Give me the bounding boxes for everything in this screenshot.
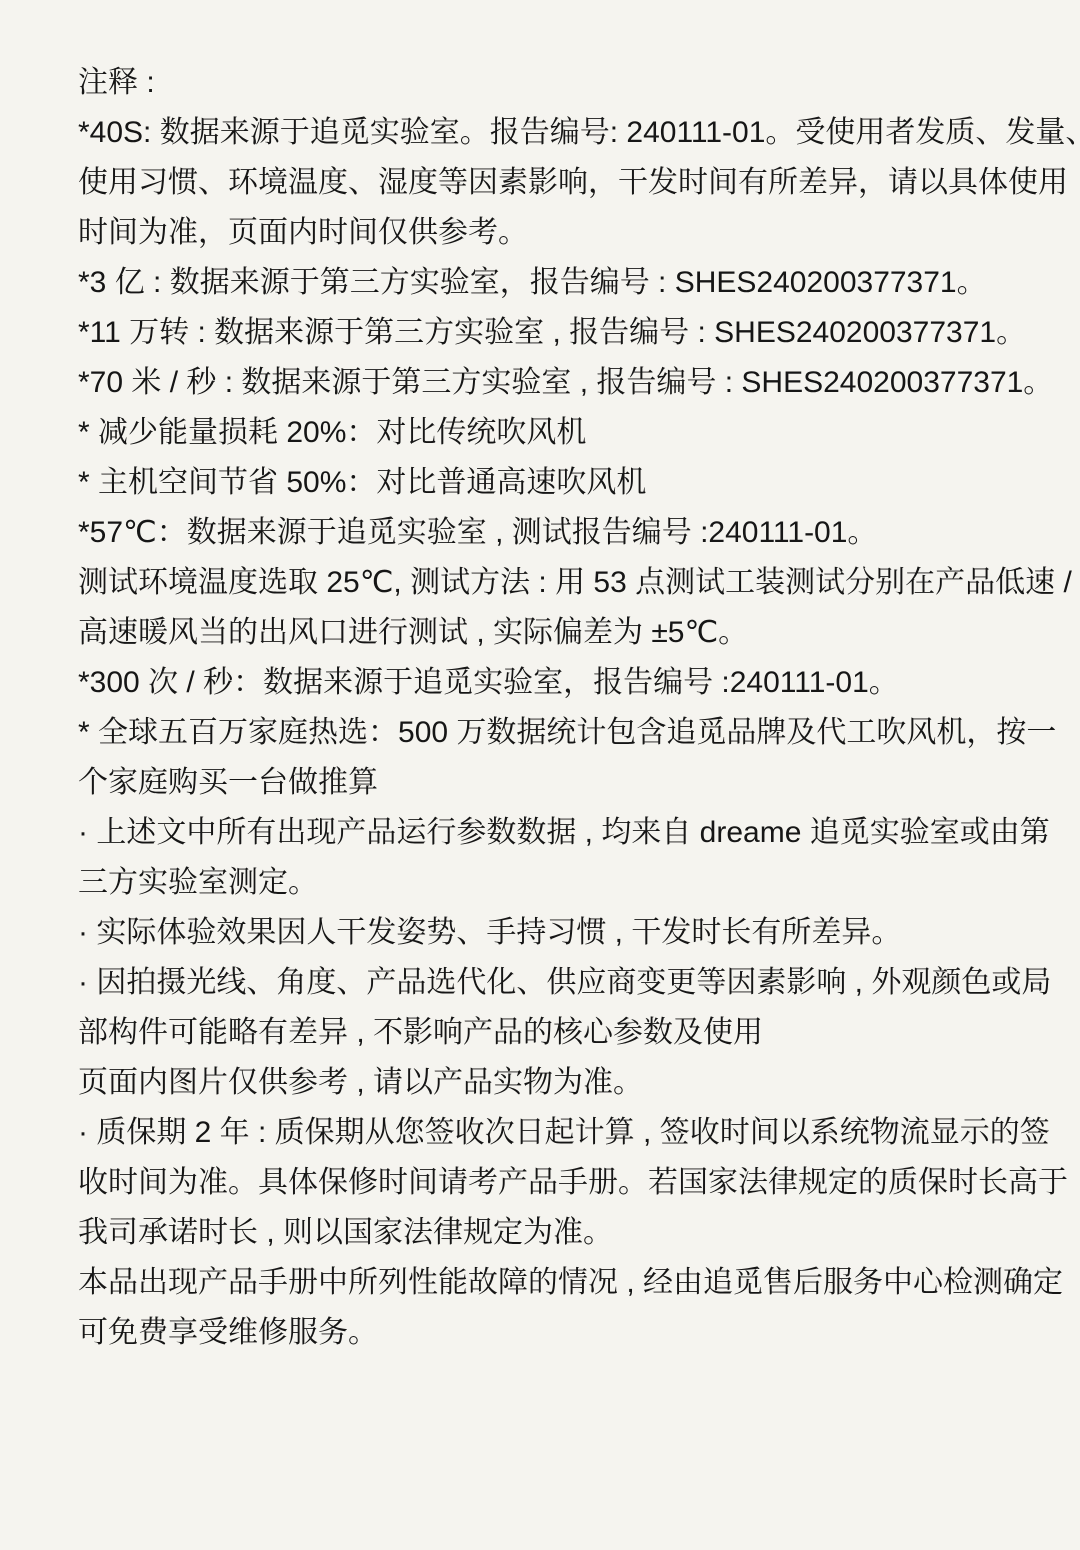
text-line: 可免费享受维修服务。 (78, 1308, 1024, 1358)
text-line: 测试环境温度选取 25℃, 测试方法 : 用 53 点测试工装测试分别在产品低速… (78, 558, 1024, 608)
notes-title: 注释 : (78, 58, 1024, 108)
text-line: 本品出现产品手册中所列性能故障的情况 , 经由追觅售后服务中心检测确定 (78, 1258, 1024, 1308)
product-notes-section: 注释 : *40S: 数据来源于追觅实验室。报告编号: 240111-01。受使… (0, 0, 1080, 1550)
text-line: *57℃：数据来源于追觅实验室 , 测试报告编号 :240111-01。 (78, 508, 1024, 558)
text-line: * 减少能量损耗 20%：对比传统吹风机 (78, 408, 1024, 458)
notes-lines: *40S: 数据来源于追觅实验室。报告编号: 240111-01。受使用者发质、… (78, 108, 1024, 1358)
text-line: · 上述文中所有出现产品运行参数数据 , 均来自 dreame 追觅实验室或由第 (78, 808, 1024, 858)
text-line: 三方实验室测定。 (78, 858, 1024, 908)
text-line: * 主机空间节省 50%：对比普通高速吹风机 (78, 458, 1024, 508)
text-line: 我司承诺时长 , 则以国家法律规定为准。 (78, 1208, 1024, 1258)
text-line: *40S: 数据来源于追觅实验室。报告编号: 240111-01。受使用者发质、… (78, 108, 1024, 158)
text-line: 收时间为准。具体保修时间请考产品手册。若国家法律规定的质保时长高于 (78, 1158, 1024, 1208)
text-line: 部构件可能略有差异 , 不影响产品的核心参数及使用 (78, 1008, 1024, 1058)
text-line: · 质保期 2 年 : 质保期从您签收次日起计算 , 签收时间以系统物流显示的签 (78, 1108, 1024, 1158)
text-line: *70 米 / 秒 : 数据来源于第三方实验室 , 报告编号 : SHES240… (78, 358, 1024, 408)
text-line: * 全球五百万家庭热选：500 万数据统计包含追觅品牌及代工吹风机，按一 (78, 708, 1024, 758)
text-line: 高速暖风当的出风口进行测试 , 实际偏差为 ±5℃。 (78, 608, 1024, 658)
text-line: *3 亿 : 数据来源于第三方实验室，报告编号 : SHES2402003773… (78, 258, 1024, 308)
text-line: 时间为准，页面内时间仅供参考。 (78, 208, 1024, 258)
text-line: *11 万转 : 数据来源于第三方实验室 , 报告编号 : SHES240200… (78, 308, 1024, 358)
text-line: · 因拍摄光线、角度、产品选代化、供应商变更等因素影响 , 外观颜色或局 (78, 958, 1024, 1008)
text-line: 个家庭购买一台做推算 (78, 758, 1024, 808)
text-line: · 实际体验效果因人干发姿势、手持习惯 , 干发时长有所差异。 (78, 908, 1024, 958)
text-line: 页面内图片仅供参考 , 请以产品实物为准。 (78, 1058, 1024, 1108)
text-line: 使用习惯、环境温度、湿度等因素影响，干发时间有所差异，请以具体使用 (78, 158, 1024, 208)
text-line: *300 次 / 秒：数据来源于追觅实验室，报告编号 :240111-01。 (78, 658, 1024, 708)
